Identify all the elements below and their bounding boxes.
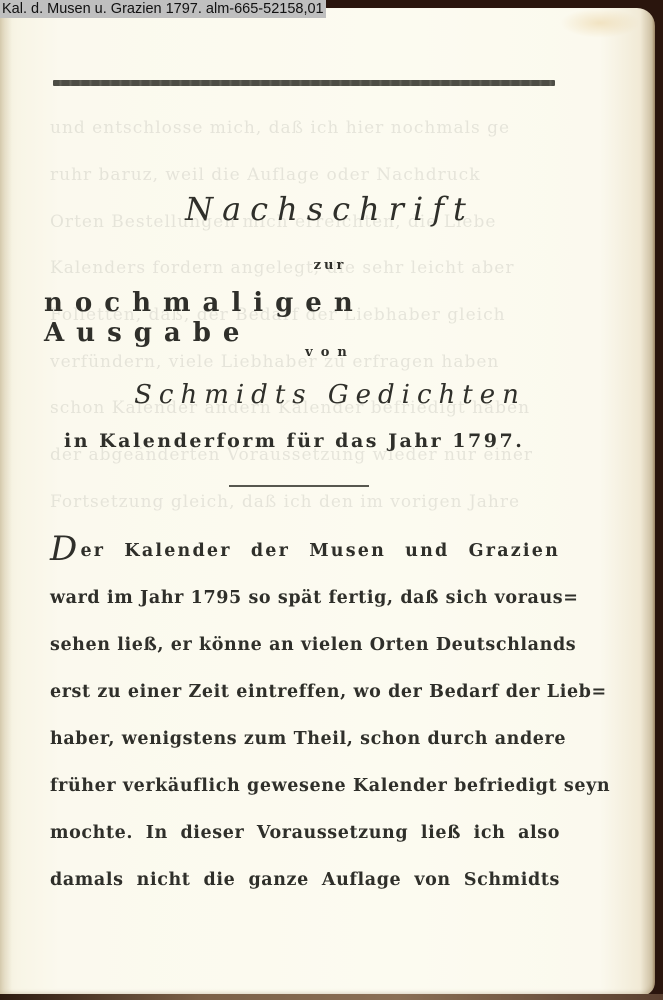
body-line: mochte. In dieser Voraussetzung ließ ich… <box>50 810 560 857</box>
heading-format-line: in Kalenderform für das Jahr 1797. <box>64 430 534 452</box>
show-through-line: Fortsetzung gleich, daß ich den im vorig… <box>50 492 560 512</box>
heading-connector-zur: zur <box>40 258 620 273</box>
drop-cap: D <box>50 529 79 569</box>
heading-connector-von: von <box>40 345 620 360</box>
body-line: Der Kalender der Musen und Grazien <box>50 528 560 575</box>
paper-stain <box>560 8 640 38</box>
body-paragraph: Der Kalender der Musen und Grazien ward … <box>50 528 560 904</box>
image-caption-label: Kal. d. Musen u. Grazien 1797. alm-665-5… <box>0 0 326 18</box>
body-line: früher verkäuflich gewesene Kalender bef… <box>50 763 560 810</box>
scanned-page-viewer: Kal. d. Musen u. Grazien 1797. alm-665-5… <box>0 0 663 1000</box>
section-divider-rule <box>229 485 369 487</box>
top-ornamental-rule <box>53 80 555 86</box>
body-line: ward im Jahr 1795 so spät fertig, daß si… <box>50 575 560 622</box>
show-through-line: und entschlosse mich, daß ich hier nochm… <box>50 118 560 138</box>
body-line: sehen ließ, er könne an vielen Orten Deu… <box>50 622 560 669</box>
heading-nachschrift: Nachschrift <box>40 190 620 228</box>
body-line: erst zu einer Zeit eintreffen, wo der Be… <box>50 669 560 716</box>
show-through-line: ruhr baruz, weil die Auflage oder Nachdr… <box>50 165 560 185</box>
body-line: haber, wenigstens zum Theil, schon durch… <box>50 716 560 763</box>
gutter-shadow <box>0 8 12 996</box>
body-line: damals nicht die ganze Auflage von Schmi… <box>50 857 560 904</box>
heading-work-title: Schmidts Gedichten <box>40 380 620 410</box>
heading-subtitle: nochmaligen Ausgabe <box>44 288 564 348</box>
book-bottom-edge <box>0 994 663 1000</box>
